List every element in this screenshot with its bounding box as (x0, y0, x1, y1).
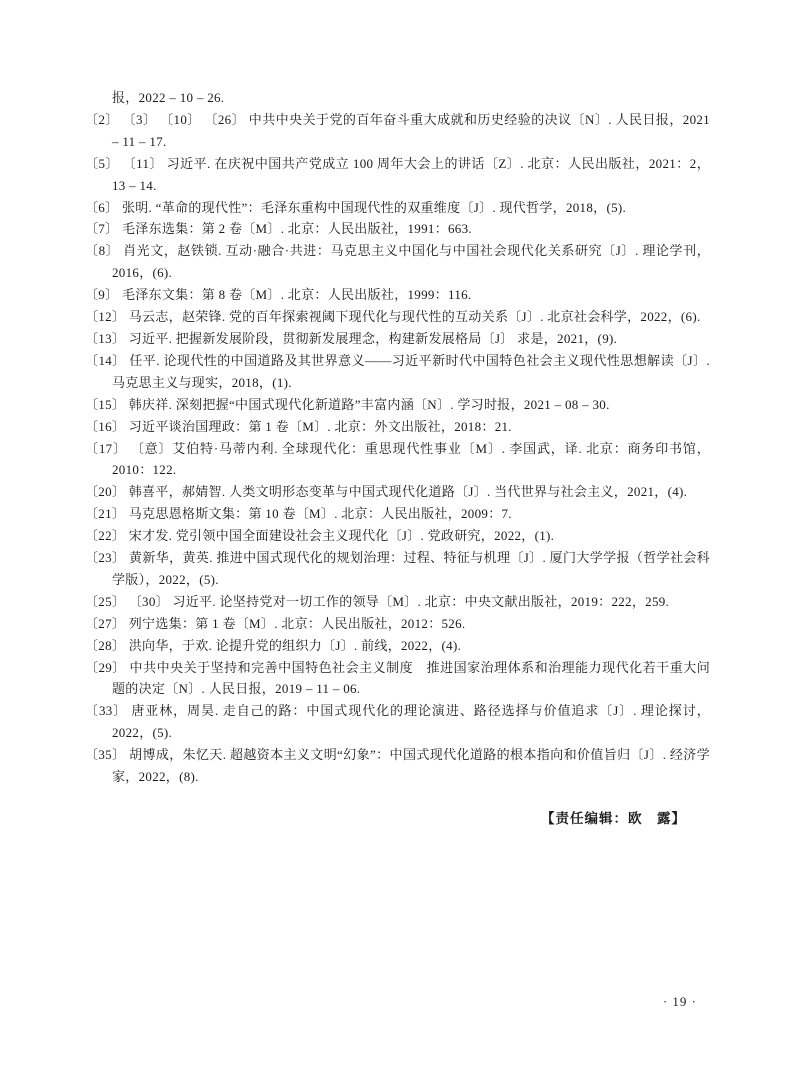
reference-entry: 〔13〕 习近平. 把握新发展阶段，贯彻新发展理念，构建新发展格局〔J〕 求是，… (85, 328, 710, 350)
reference-entry: 〔23〕 黄新华，黄英. 推进中国式现代化的规划治理：过程、特征与机理〔J〕. … (85, 547, 710, 591)
reference-entry: 〔14〕 任平. 论现代性的中国道路及其世界意义——习近平新时代中国特色社会主义… (85, 350, 710, 394)
reference-list: 报，2022 – 10 – 26. 〔2〕 〔3〕 〔10〕 〔26〕 中共中央… (85, 87, 710, 830)
reference-entry: 〔17〕 〔意〕艾伯特·马蒂内利. 全球现代化：重思现代性事业〔M〕. 李国武，… (85, 438, 710, 482)
document-page: 报，2022 – 10 – 26. 〔2〕 〔3〕 〔10〕 〔26〕 中共中央… (0, 0, 793, 1077)
reference-entry: 〔33〕 唐亚林，周昊. 走自己的路：中国式现代化的理论演进、路径选择与价值追求… (85, 700, 710, 744)
reference-entry: 〔22〕 宋才发. 党引领中国全面建设社会主义现代化〔J〕. 党政研究，2022… (85, 525, 710, 547)
reference-continuation-line: 报，2022 – 10 – 26. (85, 87, 710, 109)
reference-entry: 〔29〕 中共中央关于坚持和完善中国特色社会主义制度 推进国家治理体系和治理能力… (85, 657, 710, 701)
reference-entry: 〔9〕 毛泽东文集：第 8 卷〔M〕. 北京：人民出版社，1999：116. (85, 284, 710, 306)
reference-entry: 〔28〕 洪向华，于欢. 论提升党的组织力〔J〕. 前线，2022，(4). (85, 635, 710, 657)
reference-entry: 〔8〕 肖光文，赵铁锁. 互动·融合·共进：马克思主义中国化与中国社会现代化关系… (85, 240, 710, 284)
page-number: · 19 · (663, 991, 697, 1013)
reference-entry: 〔35〕 胡博成，朱忆天. 超越资本主义文明“幻象”：中国式现代化道路的根本指向… (85, 744, 710, 788)
reference-entry: 〔27〕 列宁选集：第 1 卷〔M〕. 北京：人民出版社，2012：526. (85, 613, 710, 635)
reference-entry: 〔7〕 毛泽东选集：第 2 卷〔M〕. 北京：人民出版社，1991：663. (85, 218, 710, 240)
reference-entry: 〔20〕 韩喜平，郝婧智. 人类文明形态变革与中国式现代化道路〔J〕. 当代世界… (85, 481, 710, 503)
reference-entry: 〔16〕 习近平谈治国理政：第 1 卷〔M〕. 北京：外文出版社，2018：21… (85, 416, 710, 438)
reference-entry: 〔21〕 马克思恩格斯文集：第 10 卷〔M〕. 北京：人民出版社，2009：7… (85, 503, 710, 525)
responsible-editor-note: 【责任编辑：欧 露】 (85, 808, 710, 830)
reference-entry: 〔12〕 马云志，赵荣锋. 党的百年探索视阈下现代化与现代性的互动关系〔J〕. … (85, 306, 710, 328)
reference-entry: 〔25〕 〔30〕 习近平. 论坚持党对一切工作的领导〔M〕. 北京：中央文献出… (85, 591, 710, 613)
reference-entry: 〔15〕 韩庆祥. 深刻把握“中国式现代化新道路”丰富内涵〔N〕. 学习时报，2… (85, 394, 710, 416)
reference-entry: 〔2〕 〔3〕 〔10〕 〔26〕 中共中央关于党的百年奋斗重大成就和历史经验的… (85, 109, 710, 153)
reference-entry: 〔5〕 〔11〕 习近平. 在庆祝中国共产党成立 100 周年大会上的讲话〔Z〕… (85, 153, 710, 197)
reference-entry: 〔6〕 张明. “革命的现代性”：毛泽东重构中国现代性的双重维度〔J〕. 现代哲… (85, 197, 710, 219)
